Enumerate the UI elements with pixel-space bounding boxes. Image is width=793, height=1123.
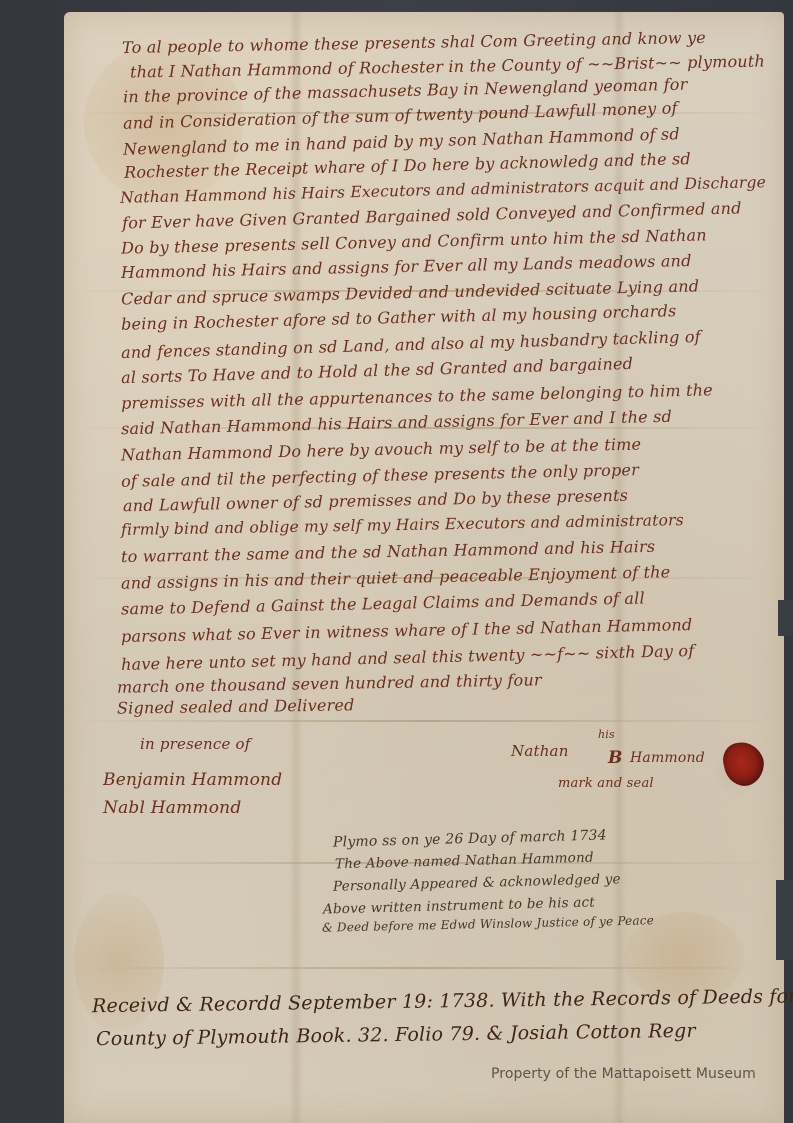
witness-heading: in presence of — [140, 735, 251, 753]
signature-caption: mark and seal — [558, 776, 654, 791]
fold-line — [64, 720, 784, 722]
witness-name: Benjamin Hammond — [103, 770, 282, 790]
signature-surname: Hammond — [630, 750, 705, 766]
torn-edge — [776, 880, 793, 960]
body-line: Signed sealed and Delivered — [117, 695, 355, 717]
signature-superscript: his — [598, 728, 615, 741]
witness-name: Nabl Hammond — [103, 798, 241, 818]
signature-mark: B — [608, 748, 623, 768]
torn-edge — [778, 600, 793, 636]
signature-first-name: Nathan — [511, 742, 569, 760]
fold-line — [289, 12, 303, 1123]
museum-watermark: Property of the Mattapoisett Museum — [491, 1066, 756, 1082]
